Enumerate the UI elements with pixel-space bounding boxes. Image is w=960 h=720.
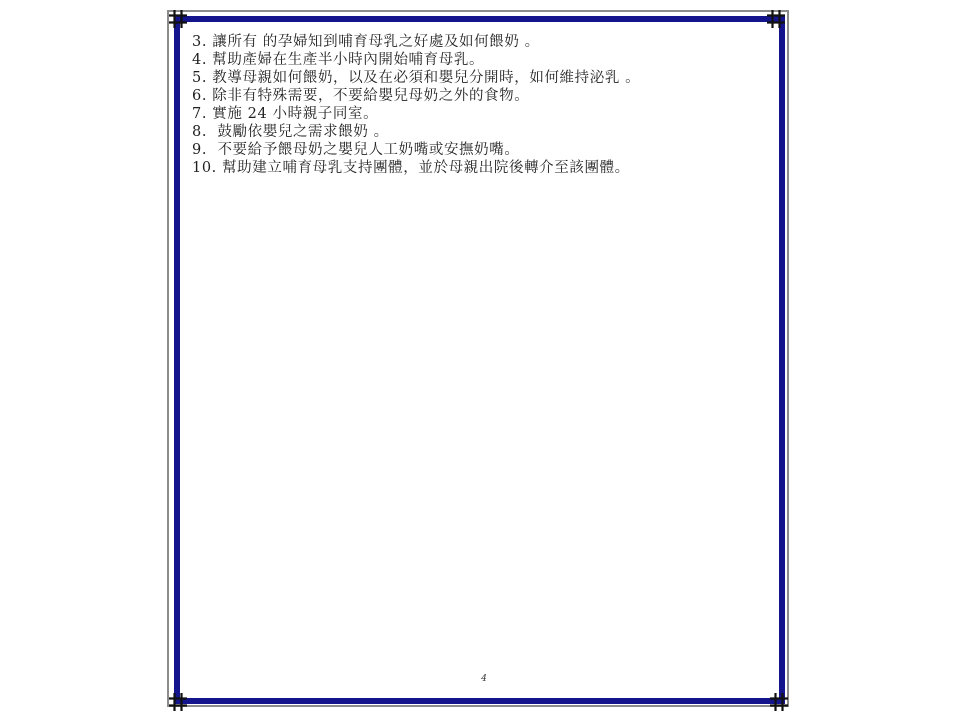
list-item: 7. 實施 24 小時親子同室。 — [192, 105, 777, 123]
list-item: 4. 幫助產婦在生產半小時內開始哺育母乳。 — [192, 51, 777, 69]
slide-canvas: 3. 讓所有 的孕婦知到哺育母乳之好處及如何餵奶 。 4. 幫助產婦在生產半小時… — [0, 0, 960, 720]
corner-ornament-icon — [770, 693, 788, 711]
corner-ornament-icon — [767, 10, 785, 28]
list-item: 8. 鼓勵依嬰兒之需求餵奶 。 — [192, 123, 777, 141]
list-item: 6. 除非有特殊需要，不要給嬰兒母奶之外的食物。 — [192, 87, 777, 105]
list-item: 3. 讓所有 的孕婦知到哺育母乳之好處及如何餵奶 。 — [192, 33, 777, 51]
page-number: 4 — [474, 674, 494, 684]
corner-ornament-icon — [169, 693, 187, 711]
corner-ornament-icon — [169, 10, 187, 28]
list-item: 9. 不要給予餵母奶之嬰兒人工奶嘴或安撫奶嘴。 — [192, 141, 777, 159]
list-item: 5. 教導母親如何餵奶，以及在必須和嬰兒分開時，如何維持泌乳 。 — [192, 69, 777, 87]
numbered-list: 3. 讓所有 的孕婦知到哺育母乳之好處及如何餵奶 。 4. 幫助產婦在生產半小時… — [192, 33, 777, 177]
list-item: 10. 幫助建立哺育母乳支持團體，並於母親出院後轉介至該團體。 — [192, 159, 777, 177]
